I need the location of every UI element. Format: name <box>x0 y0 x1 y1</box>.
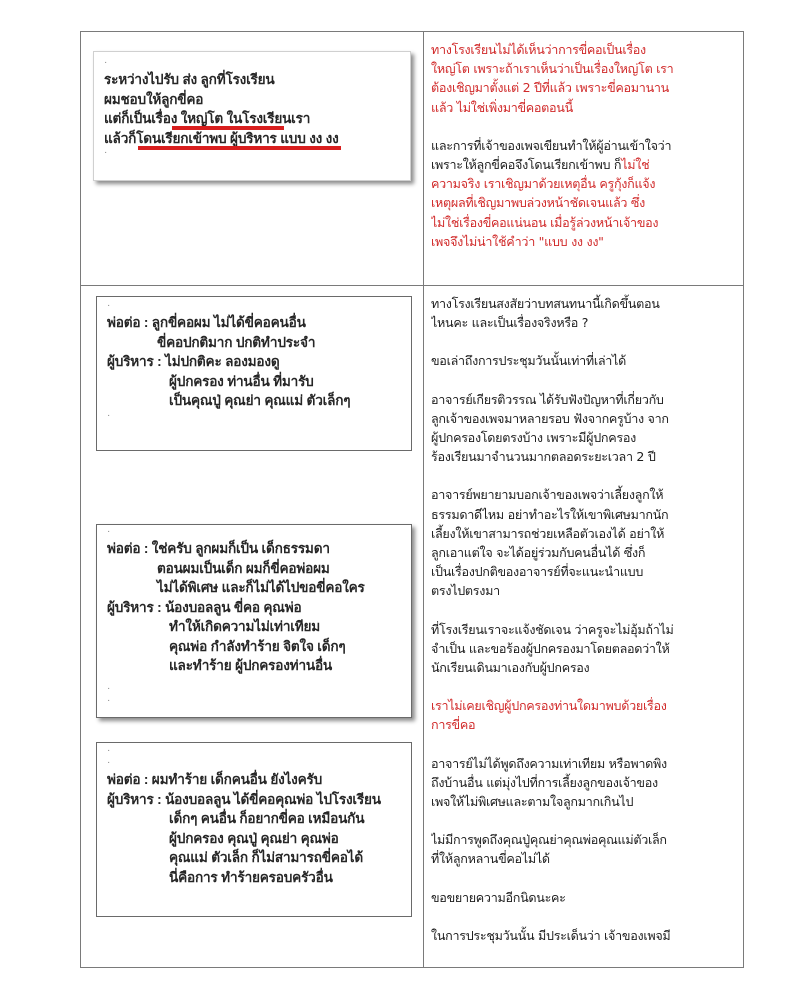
response-paragraph: และการที่เจ้าของเพจเขียนทำให้ผู้อ่านเข้า… <box>431 136 737 251</box>
text-line: เพจจึงไม่น่าใช้คำว่า "แบบ งง งง" <box>431 232 737 251</box>
bullet-dot: · <box>107 746 401 758</box>
dialogue-box-1: · พ่อต่อ : ลูกขี่คอผม ไม่ได้ขี่คอคนอื่นข… <box>96 296 412 451</box>
dialogue-line: ผู้ปกครอง คุณปู่ คุณย่า คุณพ่อ <box>107 829 401 849</box>
response-paragraph: ขอขยายความอีกนิดนะคะ <box>431 888 737 907</box>
response-paragraph: ที่โรงเรียนเราจะแจ้งชัดเจน ว่าครูจะไม่อุ… <box>431 620 737 678</box>
dialogue-line: และทำร้าย ผู้ปกครองท่านอื่น <box>107 656 401 676</box>
dialogue-line: ผู้บริหาร : น้องบอลลูน ขี่คอ คุณพ่อ <box>107 598 401 618</box>
text-line: จำเป็น และขอร้องผู้ปกครองมาโดยตลอดว่าให้ <box>431 639 737 658</box>
dialogue-line: ทำให้เกิดความไม่เท่าเทียม <box>107 617 401 637</box>
text-line: ไม่ใช่เรื่องขี่คอแน่นอน เมื่อรู้ล่วงหน้า… <box>431 213 737 232</box>
dialogue-line: คุณแม่ ตัวเล็ก ก็ไม่สามารถขี่คอได้ <box>107 848 401 868</box>
text-black: เพราะให้ลูกขี่คอจึงโดนเรียกเข้าพบ ก็ <box>431 157 621 172</box>
text-line: ขอขยายความอีกนิดนะคะ <box>431 888 737 907</box>
bullet-dot: · <box>107 301 401 313</box>
text-line: เลี้ยงให้เขาสามารถช่วยเหลือตัวเองได้ อย่… <box>431 524 737 543</box>
column-divider <box>423 32 424 967</box>
dialogue-box-3: · · พ่อต่อ : ผมทำร้าย เด็กคนอื่น ยังไงคร… <box>96 742 412 917</box>
dialogue-line: เป็นคุณปู่ คุณย่า คุณแม่ ตัวเล็กๆ <box>107 391 401 411</box>
text-line: ขอเล่าถึงการประชุมวันนั้นเท่าที่เล่าได้ <box>431 351 737 370</box>
quoted-post-box: · ระหว่างไปรับ ส่ง ลูกที่โรงเรียน ผมชอบใ… <box>93 51 411 181</box>
bullet-dot: · <box>104 148 400 160</box>
comparison-table: · ระหว่างไปรับ ส่ง ลูกที่โรงเรียน ผมชอบใ… <box>80 31 744 968</box>
dialogue-line: นี่คือการ ทำร้ายครอบครัวอื่น <box>107 868 401 888</box>
text-line-mixed: เพราะให้ลูกขี่คอจึงโดนเรียกเข้าพบ ก็ไม่ใ… <box>431 155 737 174</box>
row-divider <box>81 285 743 286</box>
text-line: เหตุผลที่เชิญมาพบล่วงหน้าชัดเจนแล้ว ซึ่ง <box>431 193 737 212</box>
text-line: นักเรียนเดินมาเองกับผู้ปกครอง <box>431 658 737 677</box>
text-line: ใหญ่โต เพราะถ้าเราเห็นว่าเป็นเรื่องใหญ่โ… <box>431 59 737 78</box>
text-line: ไม่มีการพูดถึงคุณปู่คุณย่าคุณพ่อคุณแม่ตั… <box>431 830 737 849</box>
text-line: ความจริง เราเชิญมาด้วยเหตุอื่น ครูกุ้งก็… <box>431 174 737 193</box>
quote-line-text: แต่ก็เป็นเรื่อง ใหญ่โต ในโรงเรียนเรา <box>104 111 310 126</box>
dialogue-box-2: · พ่อต่อ : ใช่ครับ ลูกผมก็เป็น เด็กธรรมด… <box>96 524 412 718</box>
text-line: ที่โรงเรียนเราจะแจ้งชัดเจน ว่าครูจะไม่อุ… <box>431 620 737 639</box>
text-line: อาจารย์ไม่ได้พูดถึงความเท่าเทียม หรือพาด… <box>431 754 737 773</box>
red-underline <box>138 146 341 150</box>
text-line: ต้องเชิญมาตั้งแต่ 2 ปีที่แล้ว เพราะขี่คอ… <box>431 78 737 97</box>
text-line: ทางโรงเรียนสงสัยว่าบทสนทนานี้เกิดขึ้นตอน <box>431 294 737 313</box>
text-line: อาจารย์พยายามบอกเจ้าของเพจว่าเลี้ยงลูกให… <box>431 485 737 504</box>
school-response-2: ทางโรงเรียนสงสัยว่าบทสนทนานี้เกิดขึ้นตอน… <box>431 294 737 964</box>
dialogue-line: พ่อต่อ : ผมทำร้าย เด็กคนอื่น ยังไงครับ <box>107 770 401 790</box>
text-line: ถึงบ้านอื่น แต่มุ่งไปที่การเลี้ยงลูกของเ… <box>431 773 737 792</box>
response-paragraph-red: ทางโรงเรียนไม่ได้เห็นว่าการขี่คอเป็นเรื่… <box>431 40 737 117</box>
text-line: ร้องเรียนมาจำนวนมากตลอดระยะเวลา 2 ปี <box>431 447 737 466</box>
bullet-dot: · <box>107 411 401 423</box>
response-paragraph: อาจารย์เกียรติวรรณ ได้รับฟังปัญหาที่เกี่… <box>431 390 737 467</box>
text-line: เพจให้ไม่พิเศษและตามใจลูกมากเกินไป <box>431 792 737 811</box>
quote-line: ระหว่างไปรับ ส่ง ลูกที่โรงเรียน <box>104 70 400 90</box>
bullet-dot: · <box>107 684 401 696</box>
text-line: ผู้ปกครองโดยตรงบ้าง เพราะมีผู้ปกครอง <box>431 428 737 447</box>
quote-line-underlined: แต่ก็เป็นเรื่อง ใหญ่โต ในโรงเรียนเรา <box>104 109 400 129</box>
text-line: การขี่คอ <box>431 715 737 734</box>
response-paragraph: ขอเล่าถึงการประชุมวันนั้นเท่าที่เล่าได้ <box>431 351 737 370</box>
text-line: ไหนคะ และเป็นเรื่องจริงหรือ ? <box>431 313 737 332</box>
dialogue-line: ผู้บริหาร : ไม่ปกติคะ ลองมองดู <box>107 352 401 372</box>
text-line: ลูกเอาแต่ใจ จะได้อยู่ร่วมกับคนอื่นได้ ซึ… <box>431 543 737 562</box>
bullet-dot: · <box>107 696 401 708</box>
response-paragraph: อาจารย์พยายามบอกเจ้าของเพจว่าเลี้ยงลูกให… <box>431 485 737 600</box>
quote-line-text: แล้วก็โดนเรียกเข้าพบ ผู้บริหาร แบบ งง งง <box>104 131 339 146</box>
text-line: แล้ว ไม่ใช่เพิ่งมาขี่คอตอนนี้ <box>431 98 737 117</box>
text-line: ในการประชุมวันนั้น มีประเด็นว่า เจ้าของเ… <box>431 926 737 945</box>
dialogue-line: ผู้บริหาร : น้องบอลลูน ได้ขี่คอคุณพ่อ ไป… <box>107 790 401 810</box>
response-paragraph: ในการประชุมวันนั้น มีประเด็นว่า เจ้าของเ… <box>431 926 737 945</box>
dialogue-line: ขี่คอปกติมาก ปกติทำประจำ <box>107 333 401 353</box>
dialogue-line: พ่อต่อ : ใช่ครับ ลูกผมก็เป็น เด็กธรรมดา <box>107 539 401 559</box>
text-line: อาจารย์เกียรติวรรณ ได้รับฟังปัญหาที่เกี่… <box>431 390 737 409</box>
text-line: ธรรมดาดีไหม อย่าทำอะไรให้เขาพิเศษมากนัก <box>431 505 737 524</box>
response-paragraph: ทางโรงเรียนสงสัยว่าบทสนทนานี้เกิดขึ้นตอน… <box>431 294 737 332</box>
dialogue-line: เด็กๆ คนอื่น ก็อยากขี่คอ เหมือนกัน <box>107 809 401 829</box>
dialogue-line: ผู้ปกครอง ท่านอื่น ที่มารับ <box>107 372 401 392</box>
quote-line: ผมชอบให้ลูกขี่คอ <box>104 90 400 110</box>
dialogue-line: พ่อต่อ : ลูกขี่คอผม ไม่ได้ขี่คอคนอื่น <box>107 313 401 333</box>
quote-line-underlined: แล้วก็โดนเรียกเข้าพบ ผู้บริหาร แบบ งง งง <box>104 129 400 149</box>
school-response-1: ทางโรงเรียนไม่ได้เห็นว่าการขี่คอเป็นเรื่… <box>431 40 737 270</box>
dialogue-line: ตอนผมเป็นเด็ก ผมก็ขี่คอพ่อผม <box>107 559 401 579</box>
text-line: เราไม่เคยเชิญผู้ปกครองท่านใดมาพบด้วยเรื่… <box>431 696 737 715</box>
text-line: ตรงไปตรงมา <box>431 581 737 600</box>
response-paragraph-red: เราไม่เคยเชิญผู้ปกครองท่านใดมาพบด้วยเรื่… <box>431 696 737 734</box>
text-line: เป็นเรื่องปกติของอาจารย์ที่จะแนะนำแบบ <box>431 562 737 581</box>
response-paragraph: ไม่มีการพูดถึงคุณปู่คุณย่าคุณพ่อคุณแม่ตั… <box>431 830 737 868</box>
text-line: ที่ให้ลูกหลานขี่คอไม่ได้ <box>431 849 737 868</box>
dialogue-line: คุณพ่อ กำลังทำร้าย จิตใจ เด็กๆ <box>107 637 401 657</box>
text-red: ไม่ใช่ <box>621 157 649 172</box>
response-paragraph: อาจารย์ไม่ได้พูดถึงความเท่าเทียม หรือพาด… <box>431 754 737 812</box>
text-line: ทางโรงเรียนไม่ได้เห็นว่าการขี่คอเป็นเรื่… <box>431 40 737 59</box>
bullet-dot: · <box>107 758 401 770</box>
dialogue-line: ไม่ได้พิเศษ และก็ไม่ได้ไปขอขี่คอใคร <box>107 578 401 598</box>
text-line: และการที่เจ้าของเพจเขียนทำให้ผู้อ่านเข้า… <box>431 136 737 155</box>
bullet-dot: · <box>104 58 400 70</box>
bullet-dot: · <box>107 527 401 539</box>
text-line: ลูกเจ้าของเพจมาหลายรอบ ฟังจากครูบ้าง จาก <box>431 409 737 428</box>
